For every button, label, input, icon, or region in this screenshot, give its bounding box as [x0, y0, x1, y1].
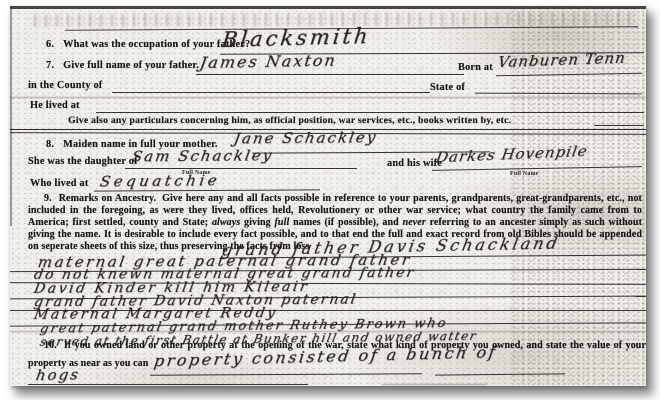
- question-6-answer-handwriting: Blacksmith: [221, 24, 372, 52]
- lived-at-handwriting: Sequatchie: [99, 171, 222, 190]
- grandmother-name-handwriting: Darkes Hovenpile: [435, 142, 590, 167]
- particulars-label: Give also any particulars concerning him…: [68, 115, 511, 126]
- born-at-label: Born at: [458, 62, 493, 73]
- grandfather-name-handwriting: Sam Schackley: [130, 146, 274, 165]
- answer-line: [125, 168, 357, 169]
- answer-line: [112, 92, 430, 93]
- question-10-answer-handwriting: hogs: [35, 366, 82, 385]
- question-7: 7.Give full name of your father.: [46, 60, 199, 71]
- answer-line: [96, 112, 644, 113]
- question-9-em-full: full: [274, 217, 289, 228]
- born-at-handwriting: Vanburen Tenn: [497, 49, 627, 72]
- he-lived-at-label: He lived at: [30, 100, 80, 111]
- father-name-handwriting: James Naxton: [199, 51, 339, 72]
- who-lived-at-label: Who lived at: [30, 178, 88, 189]
- page-left-edge: [10, 6, 12, 226]
- question-6-number: 6.: [46, 39, 54, 50]
- question-9-heading: Remarks on Ancestry.: [59, 193, 156, 204]
- question-7-number: 7.: [46, 60, 54, 71]
- question-9-em-never: never: [403, 217, 426, 228]
- question-6: 6.What was the occupation of your father…: [46, 39, 250, 50]
- answer-line: [594, 125, 644, 126]
- answer-line: [150, 373, 422, 375]
- page-top-edge: [10, 6, 646, 9]
- answer-line: [475, 93, 642, 95]
- county-label: in the County of: [28, 80, 102, 91]
- daughter-of-label: She was the daughter of: [28, 156, 138, 167]
- scanned-document-page: 6.What was the occupation of your father…: [10, 6, 646, 386]
- mother-name-handwriting: Jane Schackley: [232, 128, 378, 147]
- question-10-number: 10.: [44, 340, 57, 351]
- question-9-em-always: always: [212, 217, 240, 228]
- state-label: State of: [430, 82, 465, 93]
- answer-line: [435, 373, 565, 375]
- answer-line: [382, 384, 487, 385]
- and-his-wife-label: and his wife: [387, 158, 442, 169]
- question-7-label: Give full name of your father.: [63, 60, 199, 71]
- question-9-number: 9.: [44, 193, 52, 204]
- answer-line: [94, 189, 320, 191]
- question-9-body: giving: [240, 217, 274, 228]
- question-9-body: names (if possible), and: [289, 217, 402, 228]
- question-8-number: 8.: [46, 139, 54, 150]
- answer-line: [196, 74, 464, 75]
- answer-line: [28, 384, 308, 385]
- full-name-caption: Full Name: [510, 171, 539, 177]
- answer-line: [496, 73, 642, 77]
- bleedthrough-rule: [10, 97, 646, 98]
